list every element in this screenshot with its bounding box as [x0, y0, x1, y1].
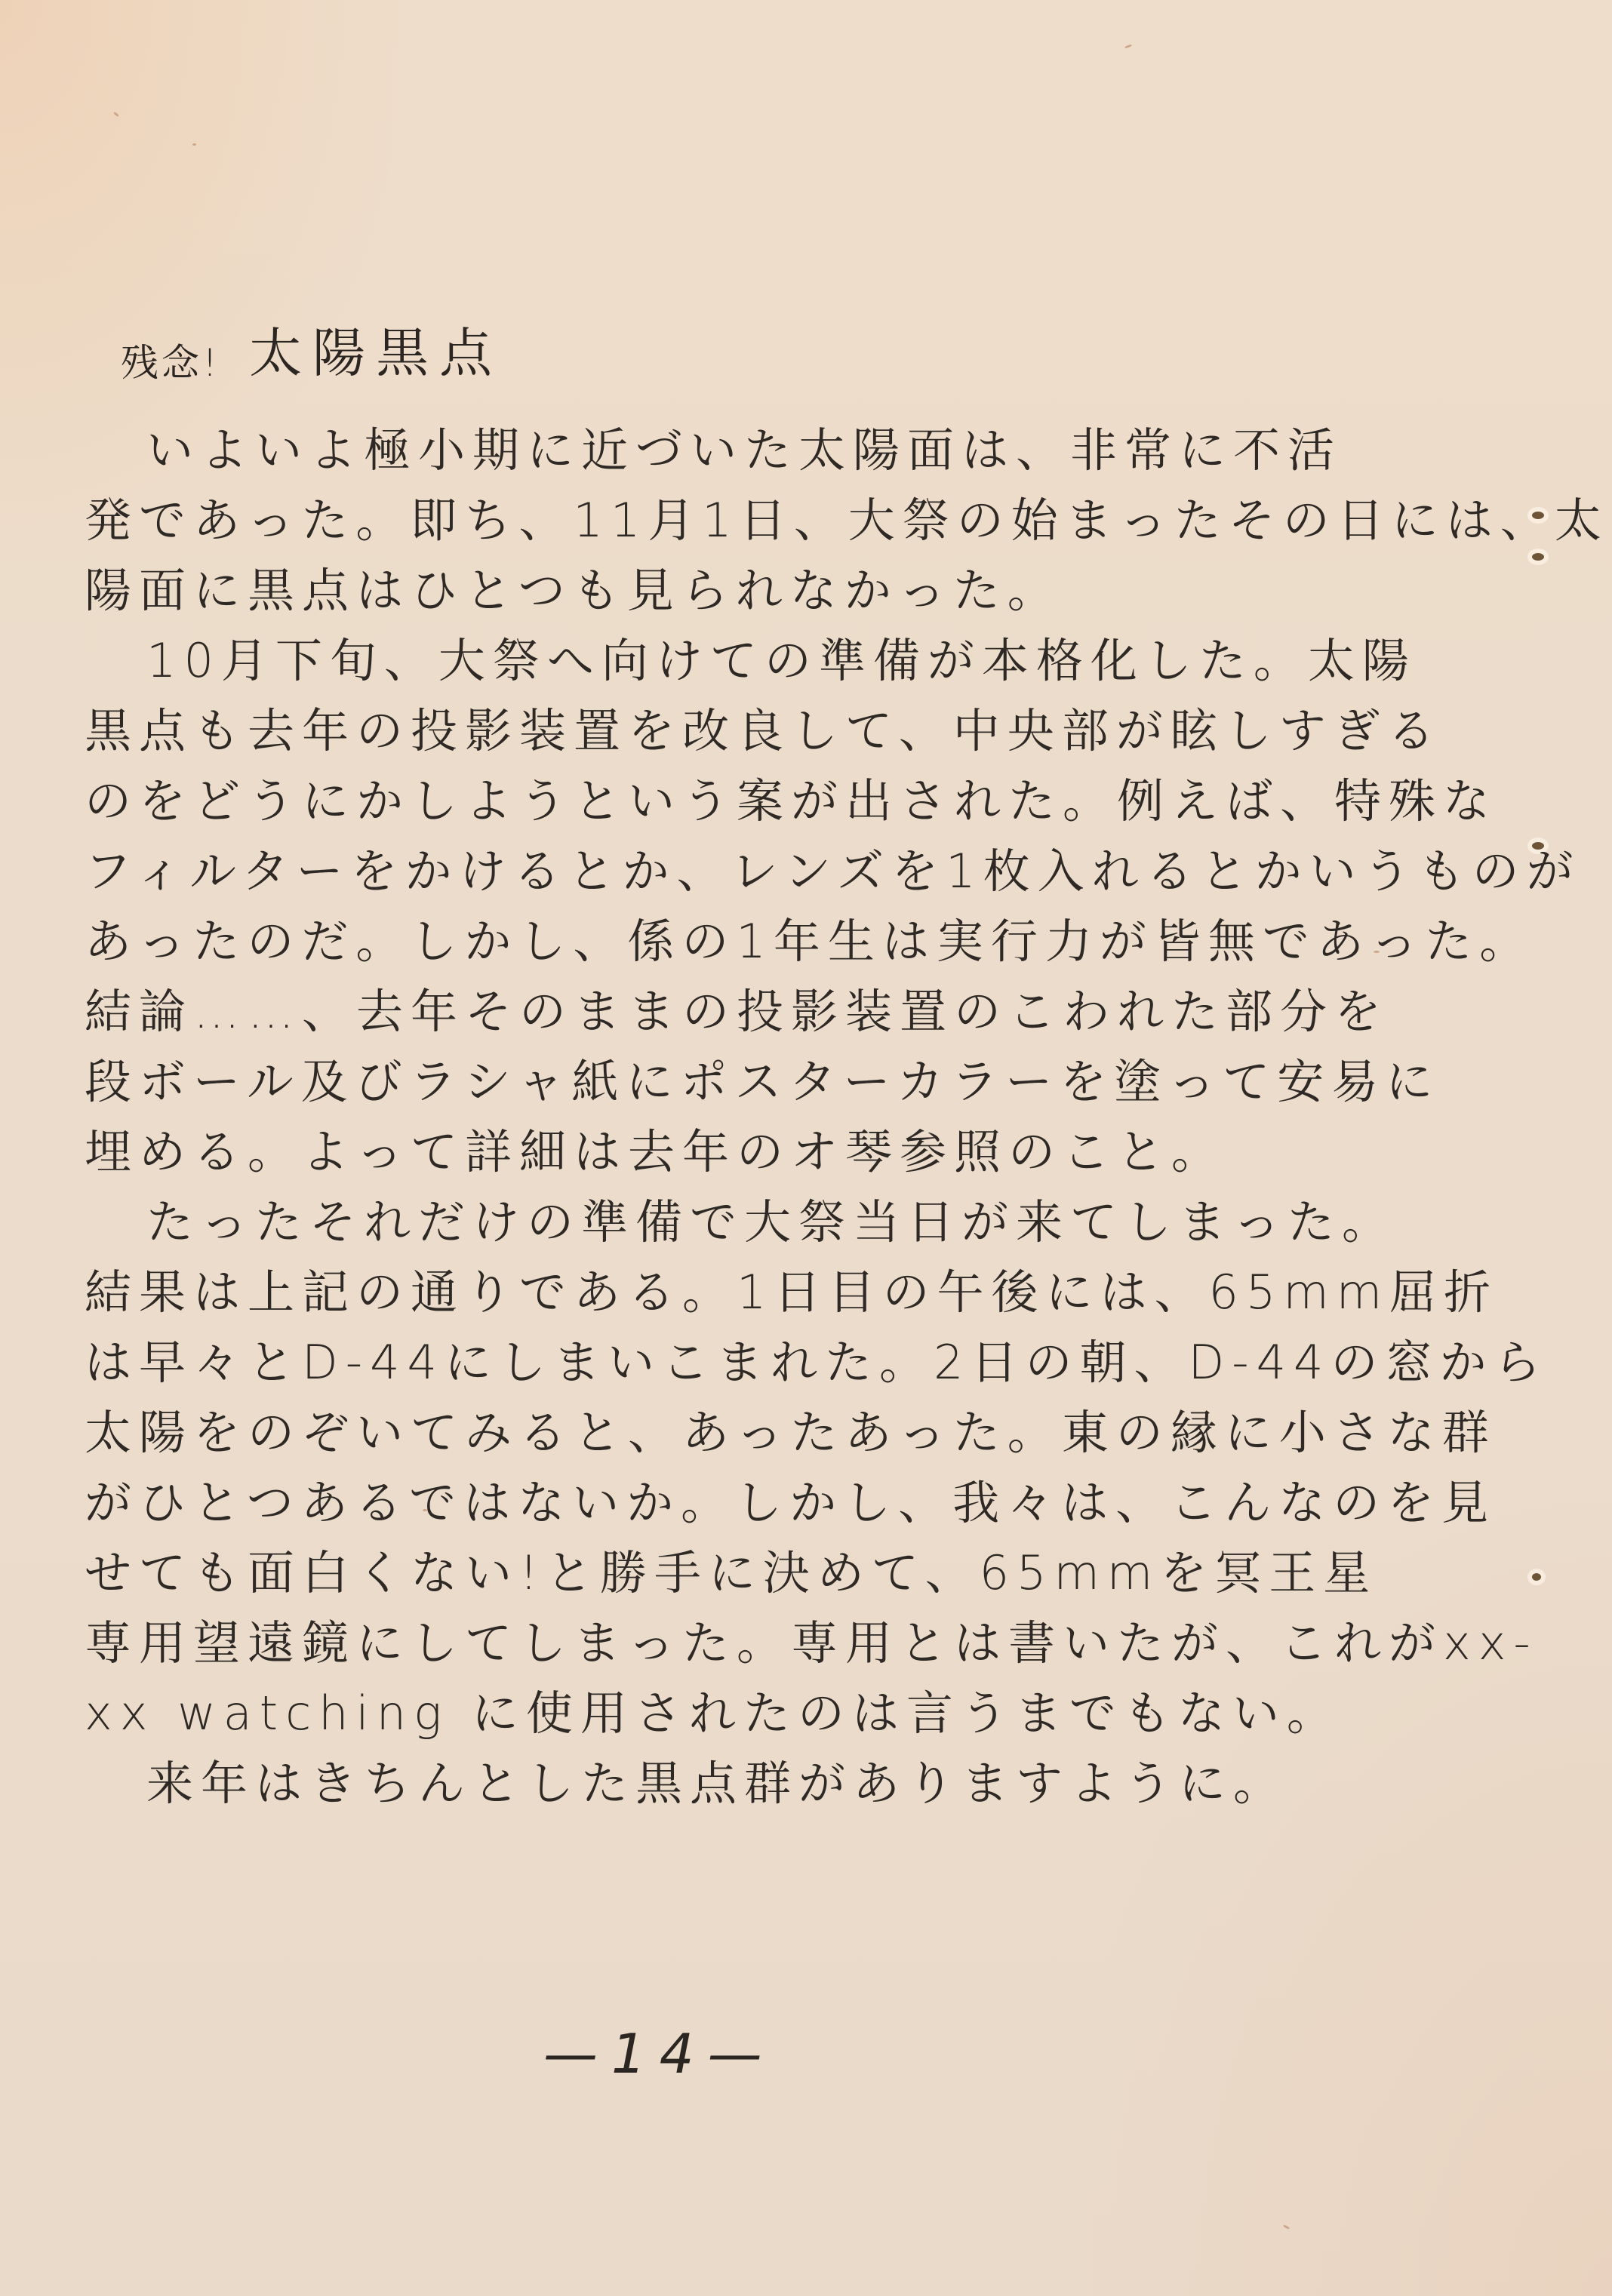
text-line: 黒点も去年の投影装置を改良して、中央部が眩しすぎる [85, 696, 1383, 766]
text-line: 専用望遠鏡にしてしまった。専用とは書いたが、これがxx- [85, 1608, 1383, 1678]
title-main: 太陽黒点 [249, 311, 503, 387]
staple-hole [1532, 1573, 1541, 1581]
staple-hole [1532, 553, 1544, 561]
text-line: 発であった。即ち、11月1日、大祭の始まったその日には、太 [85, 485, 1383, 555]
page-title: 残念! 太陽黒点 [121, 311, 503, 387]
text-line: 結論……、去年そのままの投影装置のこわれた部分を [85, 976, 1383, 1047]
text-line: あったのだ。しかし、係の1年生は実行力が皆無であった。 [85, 906, 1383, 976]
text-line: 陽面に黒点はひとつも見られなかった。 [85, 555, 1383, 625]
text-line: がひとつあるではないか。しかし、我々は、こんなのを見 [85, 1468, 1383, 1538]
text-line: のをどうにかしようという案が出された。例えば、特殊な [85, 766, 1383, 836]
title-prefix: 残念! [121, 333, 220, 387]
text-line: xx watching に使用されたのは言うまでもない。 [85, 1678, 1383, 1748]
text-line: 太陽をのぞいてみると、あったあった。東の縁に小さな群 [85, 1397, 1383, 1468]
paper-speck [192, 143, 196, 146]
text-line: 10月下旬、大祭へ向けての準備が本格化した。太陽 [85, 625, 1383, 696]
text-line: せても面白くない!と勝手に決めて、65mmを冥王星 [85, 1538, 1383, 1608]
text-line: いよいよ極小期に近づいた太陽面は、非常に不活 [85, 415, 1383, 485]
text-line: フィルターをかけるとか、レンズを1枚入れるとかいうものが [85, 836, 1383, 906]
paper-speck [1283, 2224, 1290, 2230]
text-line: 埋める。よって詳細は去年のオ琴参照のこと。 [85, 1117, 1383, 1187]
paper-speck [113, 112, 119, 117]
page-number: —14— [543, 2022, 776, 2085]
text-line: 段ボール及びラシャ紙にポスターカラーを塗って安易に [85, 1047, 1383, 1117]
text-line: は早々とD-44にしまいこまれた。2日の朝、D-44の窓から [85, 1327, 1383, 1397]
text-line: たったそれだけの準備で大祭当日が来てしまった。 [85, 1187, 1383, 1257]
text-line: 来年はきちんとした黒点群がありますように。 [85, 1748, 1383, 1818]
text-line: 結果は上記の通りである。1日目の午後には、65mm屈折 [85, 1257, 1383, 1327]
body-text: いよいよ極小期に近づいた太陽面は、非常に不活 発であった。即ち、11月1日、大祭… [85, 415, 1383, 1818]
paper-speck [1124, 44, 1132, 48]
